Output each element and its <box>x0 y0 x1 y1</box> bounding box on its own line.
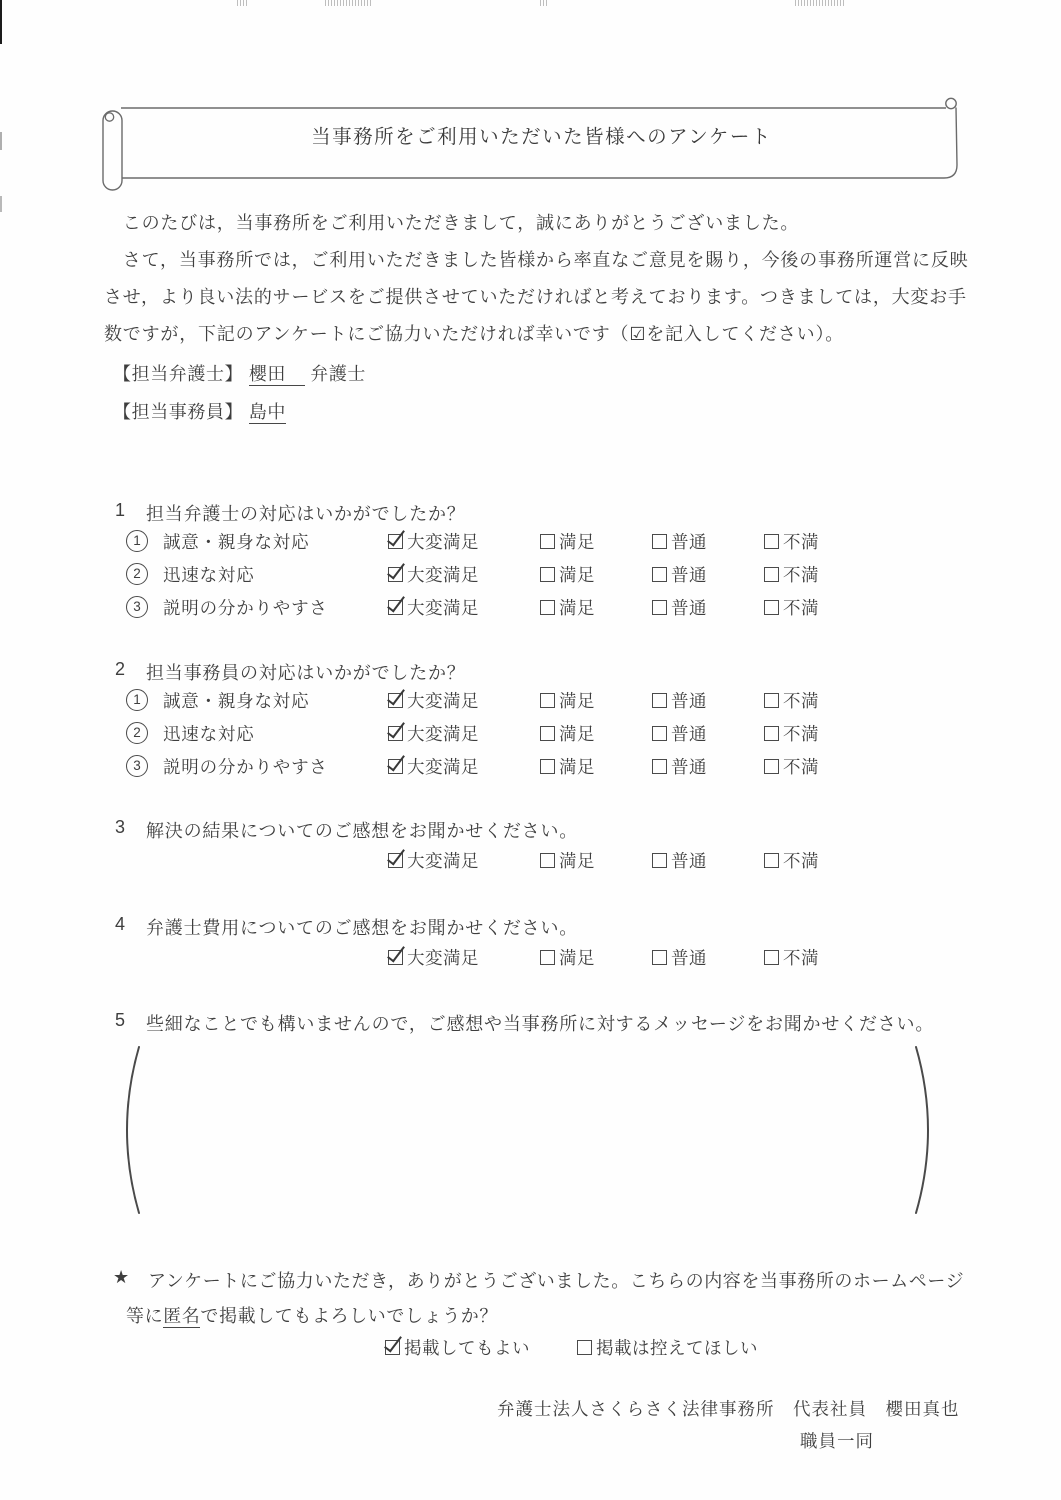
option-label: 満足 <box>559 598 595 618</box>
option-label: 大変満足 <box>407 565 479 585</box>
option-satisfied: 満足 <box>540 688 595 713</box>
checkbox-icon <box>540 726 555 741</box>
question-number: 5 <box>115 1010 126 1031</box>
checkbox-icon <box>652 534 667 549</box>
checkbox-icon <box>652 693 667 708</box>
star-icon: ★ <box>113 1267 130 1288</box>
row-label: 迅速な対応 <box>163 721 255 746</box>
q3-options-row: 大変満足 満足 普通 不満 <box>0 848 1061 874</box>
question-title: 担当弁護士の対応はいかがでしたか？ <box>146 500 466 526</box>
option-label: 不満 <box>783 757 819 777</box>
option-satisfied: 満足 <box>540 529 595 554</box>
scan-artifact <box>0 132 2 150</box>
scan-artifact <box>540 0 548 6</box>
checkbox-icon <box>764 726 779 741</box>
option-dissatisfied: 不満 <box>764 688 819 713</box>
checkbox-icon <box>764 759 779 774</box>
option-label: 不満 <box>783 565 819 585</box>
checkbox-icon <box>652 950 667 965</box>
option-label: 大変満足 <box>407 851 479 871</box>
q2-row-speed: 2 迅速な対応 大変満足 満足 普通 不満 <box>0 721 1061 747</box>
option-very-satisfied: 大変満足 <box>388 529 479 554</box>
option-very-satisfied: 大変満足 <box>388 721 479 746</box>
checkbox-icon <box>652 853 667 868</box>
comment-area-blank <box>150 1050 890 1210</box>
checkbox-checked-icon <box>388 567 403 582</box>
check-mark-icon <box>387 593 405 613</box>
check-mark-icon <box>387 943 405 963</box>
checkbox-icon <box>540 600 555 615</box>
option-label: 普通 <box>671 598 707 618</box>
clerk-name: 島中 <box>249 402 286 424</box>
lawyer-suffix: 弁護士 <box>310 364 366 384</box>
option-normal: 普通 <box>652 848 707 873</box>
option-dissatisfied: 不満 <box>764 848 819 873</box>
option-label: 大変満足 <box>407 598 479 618</box>
circled-number: 2 <box>126 722 148 744</box>
scan-artifact <box>325 0 373 6</box>
option-label: 満足 <box>559 757 595 777</box>
check-mark-icon <box>387 719 405 739</box>
option-dissatisfied: 不満 <box>764 562 819 587</box>
option-label: 満足 <box>559 565 595 585</box>
checkbox-icon <box>764 693 779 708</box>
checkbox-checked-icon <box>388 693 403 708</box>
circled-number: 1 <box>126 689 148 711</box>
checkbox-icon <box>764 567 779 582</box>
option-label: 満足 <box>559 724 595 744</box>
option-label: 普通 <box>671 565 707 585</box>
option-label: 不満 <box>783 532 819 552</box>
checkbox-icon <box>652 759 667 774</box>
option-satisfied: 満足 <box>540 721 595 746</box>
circled-number: 3 <box>126 596 148 618</box>
option-label: 掲載してもよい <box>404 1338 530 1358</box>
question-title: 解決の結果についてのご感想をお聞かせください。 <box>146 817 578 843</box>
intro-text: このたびは，当事務所をご利用いただきまして，誠にありがとうございました。 さて，… <box>104 205 1009 353</box>
publish-line2-pre: 等に <box>126 1306 163 1326</box>
option-satisfied: 満足 <box>540 562 595 587</box>
option-label: 不満 <box>783 851 819 871</box>
publish-note-line2: 等に匿名で掲載してもよろしいでしょうか？ <box>126 1302 498 1328</box>
checkbox-icon <box>652 726 667 741</box>
row-label: 説明の分かりやすさ <box>163 754 328 779</box>
option-label: 満足 <box>559 851 595 871</box>
option-label: 普通 <box>671 724 707 744</box>
scanned-survey-page: 当事務所をご利用いただいた皆様へのアンケート このたびは，当事務所をご利用いただ… <box>0 0 1061 1500</box>
question-title: 担当事務員の対応はいかがでしたか？ <box>146 659 466 685</box>
option-normal: 普通 <box>652 562 707 587</box>
q1-row-clarity: 3 説明の分かりやすさ 大変満足 満足 普通 不満 <box>0 595 1061 621</box>
option-very-satisfied: 大変満足 <box>388 848 479 873</box>
checkbox-checked-icon <box>388 950 403 965</box>
row-label: 説明の分かりやすさ <box>163 595 328 620</box>
option-label: 不満 <box>783 948 819 968</box>
checkbox-checked-icon <box>388 534 403 549</box>
question-number: 4 <box>115 914 126 935</box>
publish-note-line1: アンケートにご協力いただき，ありがとうございました。こちらの内容を当事務所のホー… <box>148 1267 964 1293</box>
option-normal: 普通 <box>652 754 707 779</box>
option-satisfied: 満足 <box>540 754 595 779</box>
option-label: 普通 <box>671 757 707 777</box>
option-very-satisfied: 大変満足 <box>388 562 479 587</box>
option-dissatisfied: 不満 <box>764 595 819 620</box>
option-label: 大変満足 <box>407 948 479 968</box>
checkbox-checked-icon <box>388 853 403 868</box>
option-label: 掲載は控えてほしい <box>596 1338 758 1358</box>
checkbox-icon <box>764 534 779 549</box>
circled-number: 2 <box>126 563 148 585</box>
option-label: 不満 <box>783 691 819 711</box>
check-mark-icon <box>387 846 405 866</box>
checkbox-checked-icon <box>388 726 403 741</box>
checkbox-icon <box>764 600 779 615</box>
q2-row-sincerity: 1 誠意・親身な対応 大変満足 満足 普通 不満 <box>0 688 1061 714</box>
option-label: 普通 <box>671 851 707 871</box>
option-satisfied: 満足 <box>540 595 595 620</box>
q1-row-sincerity: 1 誠意・親身な対応 大変満足 満足 普通 不満 <box>0 529 1061 555</box>
q4-options-row: 大変満足 満足 普通 不満 <box>0 945 1061 971</box>
clerk-label: 【担当事務員】 <box>113 402 243 422</box>
checkbox-icon <box>540 950 555 965</box>
checkbox-icon <box>540 534 555 549</box>
option-publish-decline: 掲載は控えてほしい <box>577 1335 758 1360</box>
lawyer-in-charge-line: 【担当弁護士】 櫻田 弁護士 <box>113 360 366 386</box>
option-label: 不満 <box>783 598 819 618</box>
option-label: 満足 <box>559 948 595 968</box>
check-mark-icon <box>387 527 405 547</box>
anonymous-word: 匿名 <box>163 1306 200 1328</box>
option-label: 満足 <box>559 691 595 711</box>
q2-row-clarity: 3 説明の分かりやすさ 大変満足 満足 普通 不満 <box>0 754 1061 780</box>
option-label: 普通 <box>671 691 707 711</box>
option-very-satisfied: 大変満足 <box>388 754 479 779</box>
option-label: 大変満足 <box>407 757 479 777</box>
publish-line2-post: で掲載してもよろしいでしょうか？ <box>200 1306 498 1326</box>
checkbox-icon <box>540 853 555 868</box>
publish-options-row: 掲載してもよい 掲載は控えてほしい <box>0 1335 1061 1361</box>
row-label: 迅速な対応 <box>163 562 255 587</box>
option-normal: 普通 <box>652 529 707 554</box>
option-label: 大変満足 <box>407 724 479 744</box>
checkbox-checked-icon <box>388 759 403 774</box>
circled-number: 3 <box>126 755 148 777</box>
checkbox-icon <box>577 1340 592 1355</box>
option-label: 大変満足 <box>407 691 479 711</box>
checkbox-checked-icon <box>388 600 403 615</box>
circled-number: 1 <box>126 530 148 552</box>
clerk-in-charge-line: 【担当事務員】 島中 <box>113 398 286 424</box>
checkbox-icon <box>652 600 667 615</box>
checkbox-icon <box>652 567 667 582</box>
checkbox-icon <box>540 567 555 582</box>
check-mark-icon <box>384 1333 402 1353</box>
lawyer-label: 【担当弁護士】 <box>113 364 243 384</box>
lawyer-name: 櫻田 <box>249 364 305 386</box>
scan-artifact <box>237 0 247 6</box>
option-label: 不満 <box>783 724 819 744</box>
option-satisfied: 満足 <box>540 945 595 970</box>
checkbox-icon <box>540 693 555 708</box>
option-dissatisfied: 不満 <box>764 945 819 970</box>
row-label: 誠意・親身な対応 <box>163 688 309 713</box>
option-very-satisfied: 大変満足 <box>388 688 479 713</box>
signature-office-line: 弁護士法人さくらさく法律事務所 代表社員 櫻田真也 <box>497 1396 960 1421</box>
option-normal: 普通 <box>652 595 707 620</box>
option-label: 普通 <box>671 532 707 552</box>
checkbox-icon <box>540 759 555 774</box>
question-title: 些細なことでも構いませんので，ご感想や当事務所に対するメッセージをお聞かせくださ… <box>146 1010 934 1036</box>
scan-artifact <box>795 0 845 6</box>
option-satisfied: 満足 <box>540 848 595 873</box>
option-label: 大変満足 <box>407 532 479 552</box>
checkbox-icon <box>764 950 779 965</box>
option-dissatisfied: 不満 <box>764 529 819 554</box>
question-number: 2 <box>115 659 126 680</box>
option-publish-ok: 掲載してもよい <box>385 1335 530 1360</box>
option-dissatisfied: 不満 <box>764 754 819 779</box>
scan-artifact <box>0 196 2 212</box>
row-label: 誠意・親身な対応 <box>163 529 309 554</box>
option-very-satisfied: 大変満足 <box>388 945 479 970</box>
checkbox-icon <box>764 853 779 868</box>
option-normal: 普通 <box>652 688 707 713</box>
option-dissatisfied: 不満 <box>764 721 819 746</box>
question-number: 1 <box>115 500 126 521</box>
signature-staff-line: 職員一同 <box>800 1428 874 1453</box>
check-mark-icon <box>387 560 405 580</box>
scan-artifact <box>0 0 2 44</box>
option-label: 普通 <box>671 948 707 968</box>
option-normal: 普通 <box>652 945 707 970</box>
checkbox-checked-icon <box>385 1340 400 1355</box>
question-number: 3 <box>115 817 126 838</box>
q1-row-speed: 2 迅速な対応 大変満足 満足 普通 不満 <box>0 562 1061 588</box>
option-normal: 普通 <box>652 721 707 746</box>
question-title: 弁護士費用についてのご感想をお聞かせください。 <box>146 914 578 940</box>
check-mark-icon <box>387 752 405 772</box>
check-mark-icon <box>387 686 405 706</box>
option-very-satisfied: 大変満足 <box>388 595 479 620</box>
option-label: 満足 <box>559 532 595 552</box>
page-title: 当事務所をご利用いただいた皆様へのアンケート <box>120 121 963 149</box>
